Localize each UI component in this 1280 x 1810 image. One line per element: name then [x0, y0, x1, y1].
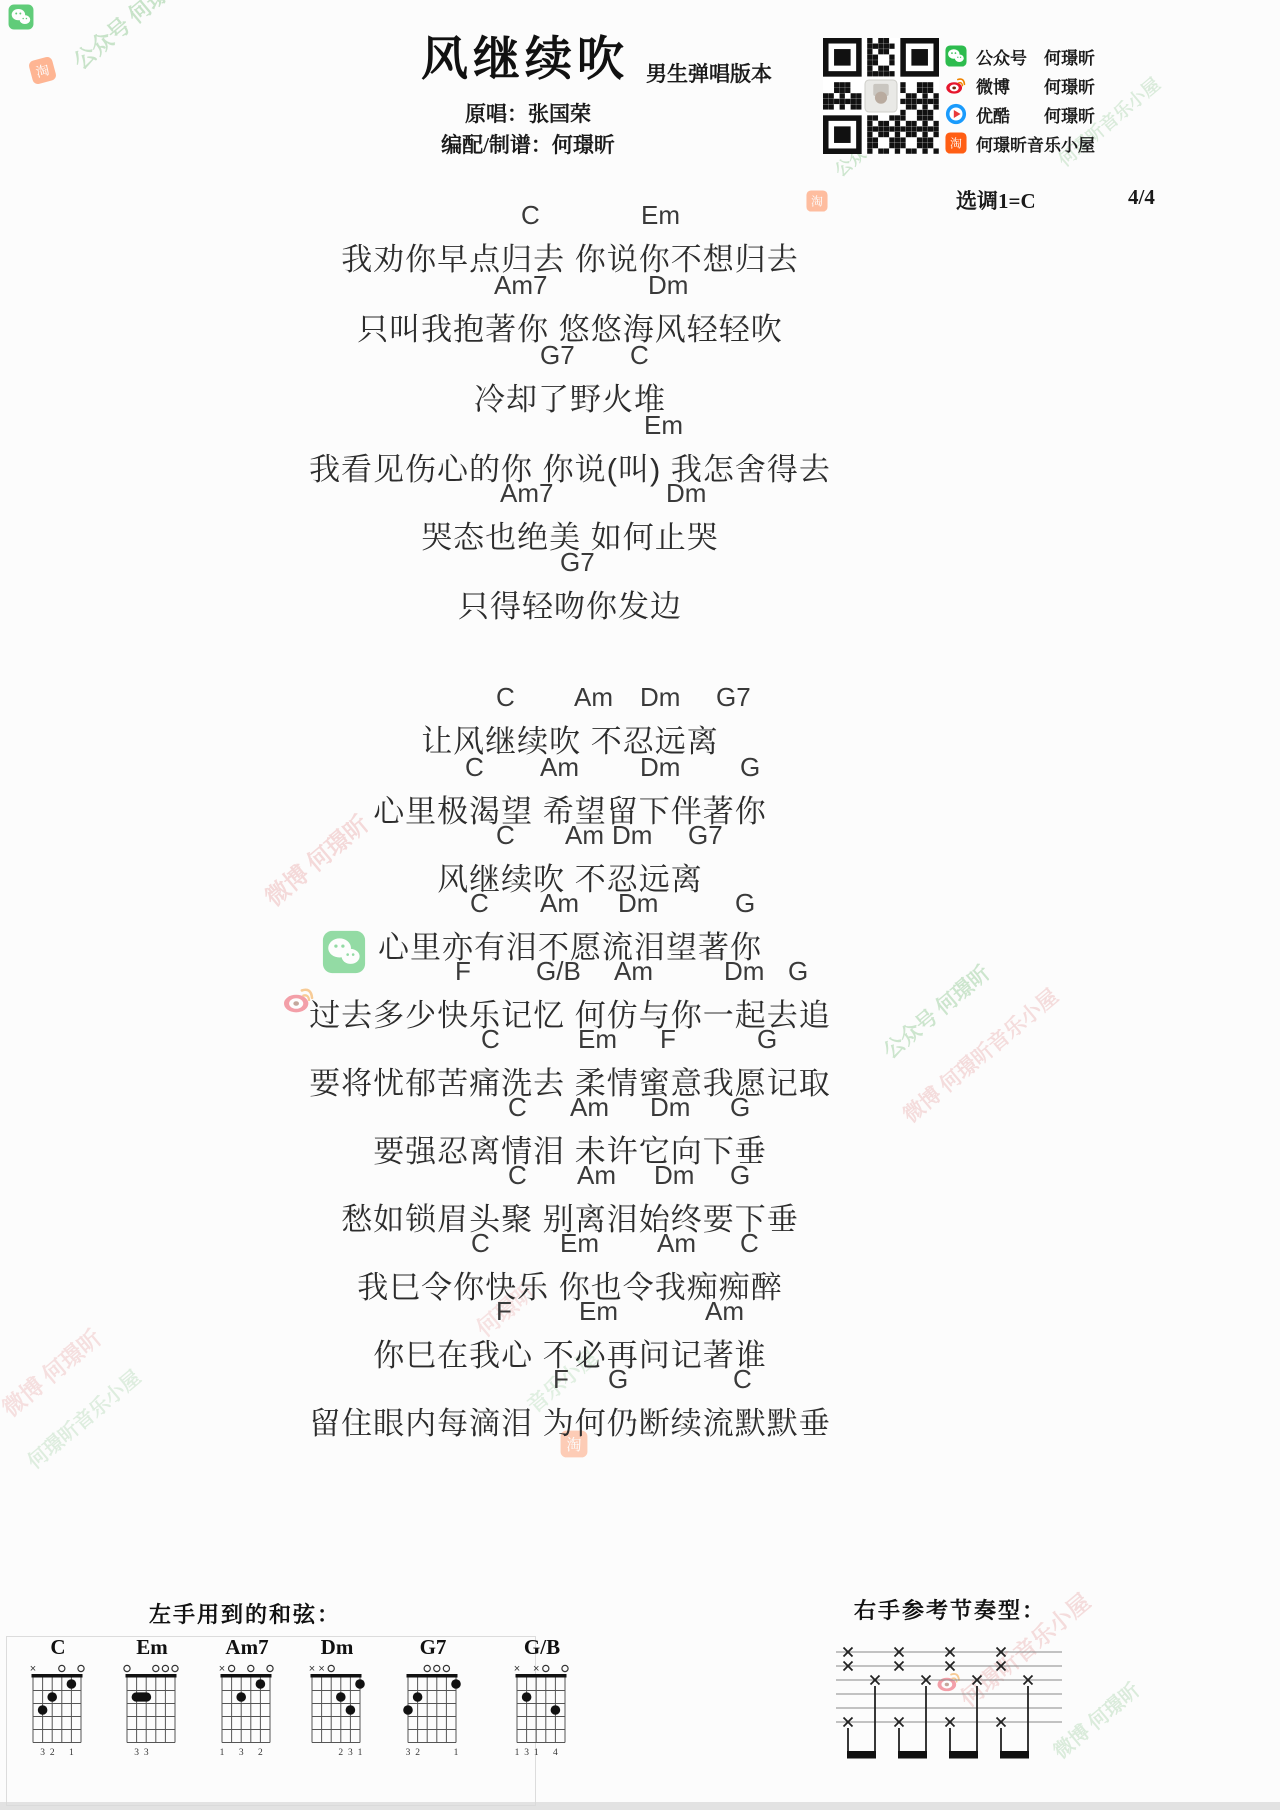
chord-symbol: G: [740, 752, 760, 783]
social-account-name: 何璟昕: [1044, 102, 1095, 127]
page-bottom-edge: [0, 1802, 1280, 1810]
svg-text:3: 3: [40, 1748, 45, 1758]
chord-grid: 33: [119, 1660, 185, 1760]
svg-text:2: 2: [50, 1748, 55, 1758]
svg-text:1: 1: [454, 1748, 459, 1758]
chord-symbol: Dm: [666, 478, 706, 509]
chord-diagram-Em: Em33: [119, 1634, 185, 1760]
social-row-优酷: 优酷何璟昕: [945, 102, 1095, 126]
lyric-line: 我看见伤心的你 你说(叫) 我怎舍得去: [0, 444, 1140, 489]
chord-diagram-G7: G7321: [400, 1634, 466, 1760]
chord-symbol: Am: [614, 956, 653, 987]
chord-symbol: Am7: [494, 270, 547, 301]
chord-symbol: G: [735, 888, 755, 919]
svg-text:2: 2: [338, 1748, 343, 1758]
chord-symbol: C: [496, 820, 515, 851]
svg-text:×: ×: [30, 1663, 36, 1675]
svg-text:4: 4: [553, 1748, 558, 1758]
social-row-公众号: 公众号何璟昕: [945, 44, 1095, 68]
svg-text:1: 1: [534, 1748, 539, 1758]
social-platform: 微博: [976, 73, 1044, 98]
chord-grid: ×132: [214, 1660, 280, 1760]
lyric-line: 冷却了野火堆: [0, 374, 1140, 419]
chord-symbol: Am: [574, 682, 613, 713]
chord-diagram-name: Dm: [304, 1634, 370, 1660]
left-hand-heading: 左手用到的和弦：: [60, 1598, 430, 1629]
chord-diagram-G_B: G/B××1314: [509, 1634, 575, 1760]
chord-symbol: Am: [565, 820, 604, 851]
time-signature: 4/4: [1128, 185, 1155, 210]
chord-diagram-name: G7: [400, 1634, 466, 1660]
chord-grid: ×321: [25, 1660, 91, 1760]
lyric-line: 留住眼内每滴泪 为何仍断续流默默垂: [0, 1398, 1140, 1443]
social-account-name: 何璟昕音乐小屋: [976, 131, 1095, 156]
chord-symbol: C: [740, 1228, 759, 1259]
chord-symbol: C: [508, 1160, 527, 1191]
svg-text:3: 3: [348, 1748, 353, 1758]
chord-symbol: Em: [578, 1024, 617, 1055]
chord-grid: 321: [400, 1660, 466, 1760]
chord-symbol: C: [471, 1228, 490, 1259]
chord-sheet-page: 淘公众号 何璟昕何璟昕音乐小屋公众号 何璟昕淘微博 何璟昕公众号 何璟昕微博 何…: [0, 0, 1280, 1810]
youku-icon: [945, 103, 967, 125]
lyric-line: 我劝你早点归去 你说你不想归去: [0, 234, 1140, 279]
chord-symbol: F: [553, 1364, 569, 1395]
chord-symbol: C: [508, 1092, 527, 1123]
chord-symbol: Am: [657, 1228, 696, 1259]
social-platform: 优酷: [976, 102, 1044, 127]
svg-text:×: ×: [318, 1663, 324, 1675]
svg-text:3: 3: [144, 1748, 149, 1758]
svg-text:×: ×: [533, 1663, 539, 1675]
chord-symbol: Am: [577, 1160, 616, 1191]
qr-code: [823, 38, 939, 154]
svg-text:3: 3: [239, 1748, 244, 1758]
svg-text:1: 1: [515, 1748, 520, 1758]
svg-text:1: 1: [69, 1748, 74, 1758]
svg-text:2: 2: [415, 1748, 420, 1758]
svg-text:1: 1: [220, 1748, 225, 1758]
social-account-name: 何璟昕: [1044, 73, 1095, 98]
chord-diagram-Am7: Am7×132: [214, 1634, 280, 1760]
svg-text:2: 2: [258, 1748, 263, 1758]
chord-symbol: G: [730, 1160, 750, 1191]
social-row-shop: 淘何璟昕音乐小屋: [945, 131, 1095, 155]
chord-symbol: F: [660, 1024, 676, 1055]
svg-text:×: ×: [219, 1663, 225, 1675]
chord-symbol: Em: [644, 410, 683, 441]
chord-symbol: G: [608, 1364, 628, 1395]
chord-symbol: Em: [579, 1296, 618, 1327]
chord-symbol: Dm: [650, 1092, 690, 1123]
lyric-line: 要强忍离情泪 未许它向下垂: [0, 1126, 1140, 1171]
chord-symbol: C: [733, 1364, 752, 1395]
chord-symbol: C: [630, 340, 649, 371]
social-row-微博: 微博何璟昕: [945, 73, 1095, 97]
chord-symbol: C: [521, 200, 540, 231]
watermark-taobao-icon: 淘: [806, 190, 828, 212]
chord-symbol: Am: [540, 888, 579, 919]
chord-symbol: F: [496, 1296, 512, 1327]
lyric-line: 过去多少快乐记忆 何仿与你一起去追: [0, 990, 1140, 1035]
chord-symbol: Am: [570, 1092, 609, 1123]
svg-text:3: 3: [524, 1748, 529, 1758]
svg-text:3: 3: [134, 1748, 139, 1758]
lyric-line: 你巳在我心 不必再问记著谁: [0, 1330, 1140, 1375]
chord-symbol: G7: [560, 547, 595, 578]
chord-symbol: Dm: [618, 888, 658, 919]
lyric-line: 只得轻吻你发边: [0, 581, 1140, 626]
rhythm-pattern-tab: [830, 1640, 1070, 1771]
chord-symbol: Em: [560, 1228, 599, 1259]
svg-text:淘: 淘: [811, 195, 823, 209]
chord-symbol: Dm: [612, 820, 652, 851]
weibo-icon: [945, 74, 967, 96]
svg-text:淘: 淘: [950, 137, 962, 151]
version-subtitle: 男生弹唱版本: [646, 58, 772, 88]
social-platform: 公众号: [976, 44, 1044, 69]
chord-symbol: C: [481, 1024, 500, 1055]
chord-symbol: Am7: [500, 478, 553, 509]
chord-symbol: G: [730, 1092, 750, 1123]
chord-symbol: Dm: [640, 752, 680, 783]
svg-text:×: ×: [514, 1663, 520, 1675]
chord-symbol: G7: [540, 340, 575, 371]
chord-symbol: G: [757, 1024, 777, 1055]
social-account-name: 何璟昕: [1044, 44, 1095, 69]
chord-symbol: G7: [688, 820, 723, 851]
chord-symbol: Am: [540, 752, 579, 783]
chord-diagram-name: G/B: [509, 1634, 575, 1660]
taobao-icon: 淘: [945, 132, 967, 154]
svg-text:3: 3: [406, 1748, 411, 1758]
rhythm-tab-staff: [830, 1640, 1070, 1766]
chord-grid: ××1314: [509, 1660, 575, 1760]
key-label: 选调1=C: [956, 185, 1036, 215]
social-links-list: 公众号何璟昕微博何璟昕优酷何璟昕淘何璟昕音乐小屋: [945, 44, 1095, 160]
chord-diagram-name: C: [25, 1634, 91, 1660]
chord-grid: ××231: [304, 1660, 370, 1760]
chord-symbol: Dm: [640, 682, 680, 713]
chord-symbol: Dm: [654, 1160, 694, 1191]
chord-diagram-C: C×321: [25, 1634, 91, 1760]
chord-symbol: C: [465, 752, 484, 783]
svg-text:×: ×: [309, 1663, 315, 1675]
chord-symbol: G: [788, 956, 808, 987]
chord-symbol: Am: [705, 1296, 744, 1327]
chord-symbol: G/B: [536, 956, 581, 987]
svg-text:1: 1: [358, 1748, 363, 1758]
chord-symbol: Dm: [648, 270, 688, 301]
chord-diagram-Dm: Dm××231: [304, 1634, 370, 1760]
chord-symbol: C: [470, 888, 489, 919]
chord-symbol: Em: [641, 200, 680, 231]
wechat-icon: [945, 45, 967, 67]
chord-diagram-name: Em: [119, 1634, 185, 1660]
chord-symbol: Dm: [724, 956, 764, 987]
right-hand-heading: 右手参考节奏型：: [760, 1594, 1140, 1625]
chord-symbol: C: [496, 682, 515, 713]
chord-diagram-name: Am7: [214, 1634, 280, 1660]
chord-symbol: G7: [716, 682, 751, 713]
chord-symbol: F: [455, 956, 471, 987]
lyric-line: 我巳令你快乐 你也令我痴痴醉: [0, 1262, 1140, 1307]
